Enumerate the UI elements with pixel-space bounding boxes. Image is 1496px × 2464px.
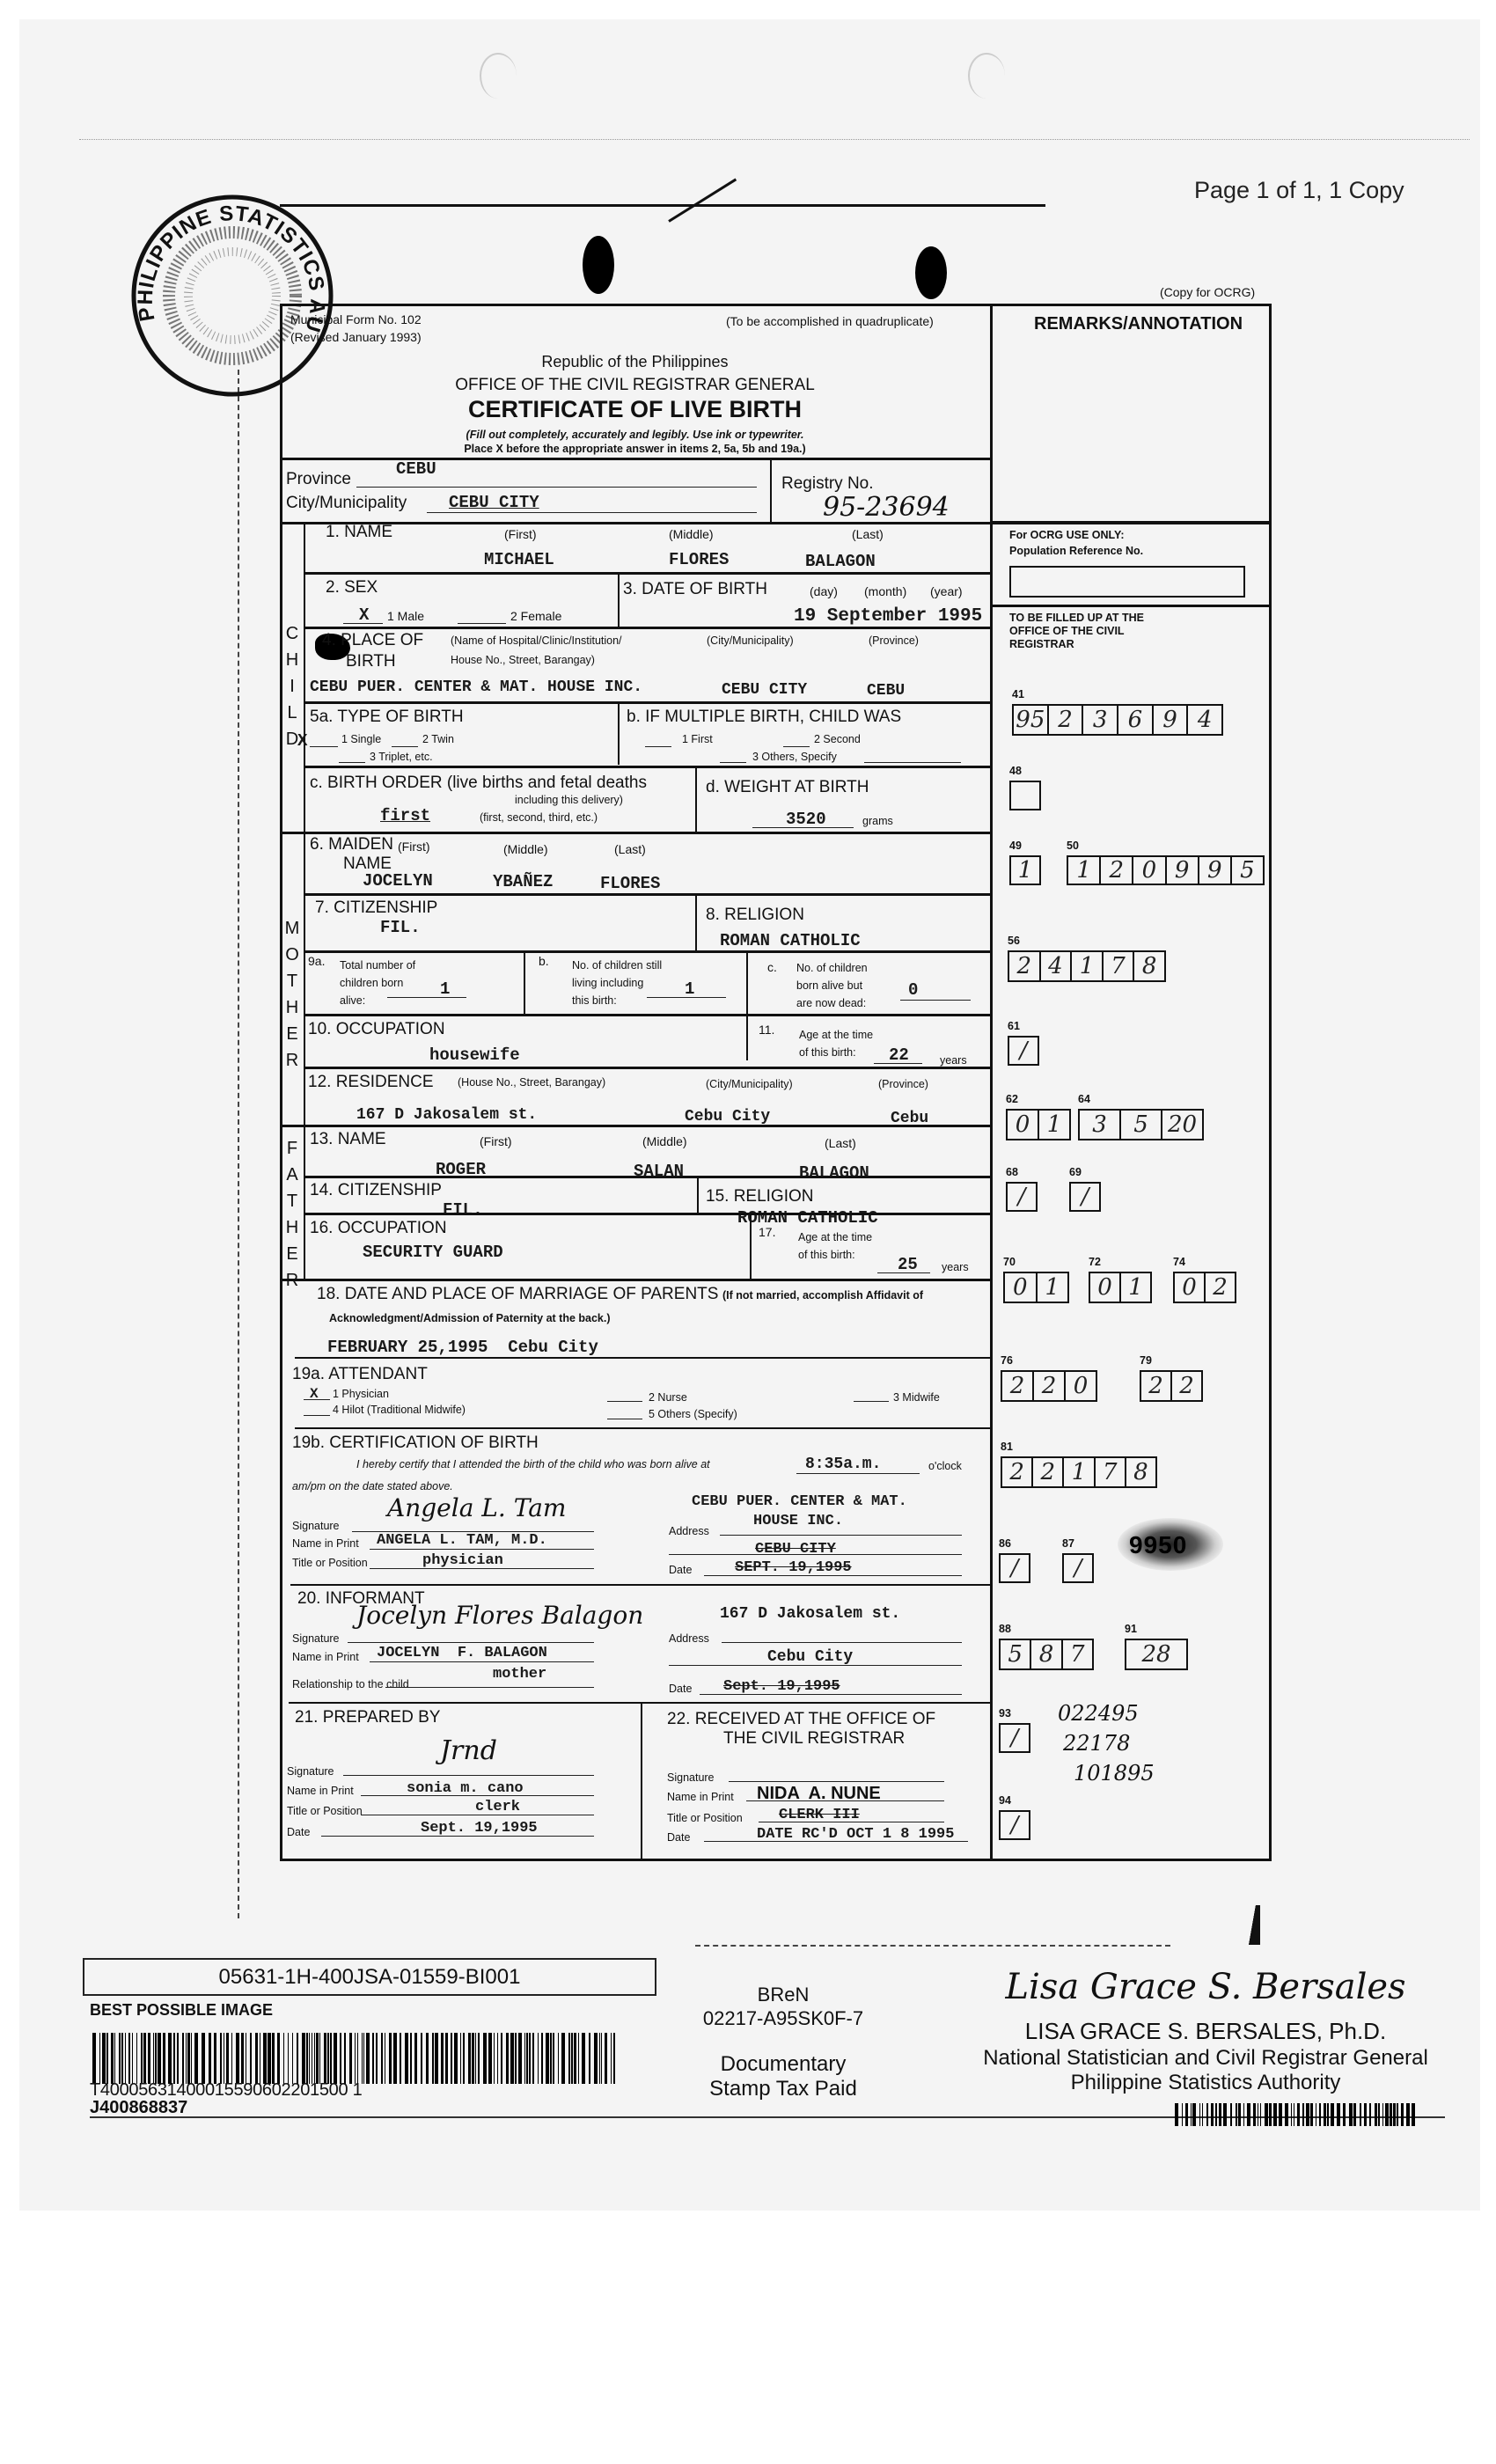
pob-label: 4. PLACE OF [322,632,423,649]
rule [304,627,990,629]
note-line: 22178 [1063,1728,1155,1758]
name-label: Name in Print [667,1792,734,1803]
child-name-label: 1. NAME [326,524,392,540]
weight-label: d. WEIGHT AT BIRTH [706,779,869,796]
ocrg-code-cell: 0 [1090,1273,1121,1302]
father-section-label: FATHER [283,1135,301,1294]
father-last-name: BALAGON [799,1165,869,1182]
ocrg-code-label: 49 [1009,840,1022,852]
rule [295,1427,990,1429]
ocrg-code-cell: 2 [1172,1372,1201,1400]
sex-male-mark: X [359,607,369,624]
physician-title: physician [422,1553,503,1568]
ocrg-code-box-62[interactable]: 01 [1006,1109,1071,1140]
informant-date: Sept. 19,1995 [723,1679,840,1694]
divider [695,766,697,832]
birth-type-label: 5a. TYPE OF BIRTH [310,708,464,725]
instructions-line-2: Place X before the appropriate answer in… [280,444,990,455]
sex-label: 2. SEX [326,579,378,596]
ocrg-code-box-88[interactable]: 587 [999,1639,1094,1670]
fill-up-label: TO BE FILLED UP AT THE [1009,612,1144,624]
father-citizenship-label: 14. CITIZENSHIP [310,1182,442,1199]
underline [356,487,757,488]
father-occupation-label: 16. OCCUPATION [310,1220,447,1236]
underline [361,1795,594,1796]
bren-number: 02217-A95SK0F-7 [678,2009,889,2028]
underline [877,1272,930,1273]
rule [304,572,990,575]
ocrg-code-box-93[interactable]: / [999,1723,1030,1753]
underline [348,1642,594,1643]
signature-label: Signature [292,1521,340,1532]
child-first-name: MICHAEL [484,552,554,568]
last-label: (Last) [614,843,646,855]
still-living-value: 1 [685,981,694,998]
ocrg-code-box-86[interactable]: / [999,1553,1030,1583]
address-label: Address [669,1633,709,1645]
ocrg-code-label: 76 [1001,1355,1013,1367]
ocrg-code-label: 87 [1062,1538,1074,1550]
prepared-title: clerk [475,1800,520,1815]
ocrg-code-cell: 3 [1083,706,1118,734]
received-date: DATE RC'D OCT 1 8 1995 [757,1827,954,1842]
underline [427,512,757,513]
attendant-physician: 1 Physician [333,1389,389,1400]
ocrg-code-cell [1011,782,1039,809]
father-religion-label: 15. RELIGION [706,1188,814,1205]
underline [392,746,418,747]
ocrg-code-box-68[interactable]: / [1006,1182,1038,1212]
ocrg-code-label: 68 [1006,1167,1018,1178]
ocrg-code-cell: / [1001,1812,1029,1838]
underline [310,746,338,747]
underline [304,1415,330,1416]
ocrg-code-box-91[interactable]: 28 [1125,1639,1188,1670]
title-label: Title or Position [667,1813,743,1824]
ocrg-code-label: 91 [1125,1624,1137,1635]
mother-age-unit: years [940,1055,967,1067]
mother-name-label: 6. MAIDEN [310,836,393,853]
birth-order-label-2: including this delivery) [515,795,623,806]
ocrg-code-box-49[interactable]: 1 [1009,855,1041,885]
handwritten-notes: 022495 22178 101895 [1058,1698,1155,1788]
date-label: Date [669,1565,692,1576]
signatory-signature: Lisa Grace S. Bersales [950,1969,1461,2005]
underline [854,1401,889,1402]
divider [618,701,620,765]
underline [304,1399,330,1400]
ocrg-code-cell: 7 [1104,952,1135,980]
underline [729,1781,944,1782]
certification-text: I hereby certify that I attended the bir… [356,1459,710,1470]
barcode-text: T40005631400015590602201500 1 [90,2081,362,2099]
ocrg-code-label: 93 [999,1708,1011,1720]
republic-line: Republic of the Philippines [280,354,990,370]
ocrg-code-cell: 5 [1232,857,1263,884]
oclock-label: o'clock [928,1461,962,1472]
remarks-title: REMARKS/ANNOTATION [1034,315,1243,333]
father-age-number: 17. [759,1226,775,1238]
rule [304,893,990,896]
ocrg-code-label: 64 [1078,1094,1090,1105]
ocrg-code-cell: 0 [1066,1372,1096,1400]
mother-age-number: 11. [759,1023,774,1036]
ocrg-code-label: 81 [1001,1441,1013,1453]
underline [321,1836,594,1837]
ocrg-code-cell: 4 [1041,952,1073,980]
name-label: Name in Print [292,1538,359,1550]
document-title: CERTIFICATE OF LIVE BIRTH [280,398,990,422]
registry-label: Registry No. [781,475,874,492]
divider [641,1702,642,1861]
underline [900,1000,971,1001]
mother-last-name: FLORES [600,876,660,892]
divider [695,893,697,953]
underline [370,1661,594,1662]
last-label: (Last) [852,528,884,540]
city-label: City/Municipality [286,495,407,511]
underline [759,1822,944,1822]
relationship-label: Relationship to the child [292,1679,409,1690]
divider [697,1176,699,1213]
rule [280,832,990,834]
scan-crop-mark [238,370,239,1918]
mother-first-name: JOCELYN [363,873,433,890]
dob-day-label: (day) [810,585,838,598]
rule [304,701,990,704]
title-label: Title or Position [292,1558,368,1569]
weight-value: 3520 [786,811,826,828]
rule [289,1702,990,1704]
birth-order-value: first [380,808,430,825]
mother-section-label: MOTHER [283,915,301,1074]
ink-blot [915,246,947,299]
underline [645,746,671,747]
ocrg-code-box-70[interactable]: 01 [1003,1272,1069,1303]
ocrg-code-box-79[interactable]: 22 [1140,1370,1203,1402]
ocrg-code-cell: 1 [1072,952,1104,980]
ocrg-code-cell: 2 [1002,1372,1034,1400]
birth-type-triplet: 3 Triplet, etc. [370,752,433,763]
ocrg-use-only: For OCRG USE ONLY: [1009,530,1125,541]
residence-hint: (House No., Street, Barangay) [458,1077,605,1089]
underline [669,1665,962,1666]
ocrg-code-box-74[interactable]: 02 [1173,1272,1236,1303]
underline [339,762,365,763]
ocrg-code-label: 94 [999,1795,1011,1807]
divider [746,950,748,1060]
barcode-text-2: J400868837 [90,2099,187,2116]
attendant-hilot: 4 Hilot (Traditional Midwife) [333,1404,466,1416]
mother-age-label: Age at the time of this birth: [799,1026,873,1061]
ocrg-code-box-61[interactable]: / [1008,1036,1039,1066]
underline [370,1568,594,1569]
ocrg-code-label: 86 [999,1538,1011,1550]
attendant-nurse: 2 Nurse [649,1392,687,1404]
still-living-label: No. of children still living including t… [572,957,662,1009]
pob-city: CEBU CITY [722,682,807,698]
name-label: Name in Print [287,1786,354,1797]
birth-type-mark: X [297,733,307,750]
dob-year-label: (year) [930,585,963,598]
ocrg-code-cell: 8 [1126,1458,1155,1486]
ocrg-code-label: 88 [999,1624,1011,1635]
form-revision: (Revised January 1993) [290,331,422,343]
weight-unit: grams [862,816,893,827]
multiple-first: 1 First [682,734,713,745]
ocrg-code-label: 72 [1089,1257,1101,1268]
signatory-title: National Statistician and Civil Registra… [950,2048,1461,2069]
ocrg-code-cell: 2 [1034,1372,1066,1400]
ocrg-code-cell: / [1001,1555,1029,1581]
ocrg-stamp-mark: 9950 [1129,1533,1187,1558]
received-name: NIDA A. NUNE [757,1785,881,1802]
rule [280,1125,990,1127]
underline [752,827,854,828]
birth-time: 8:35a.m. [805,1456,881,1472]
mother-occupation-label: 10. OCCUPATION [308,1021,445,1038]
residence-label: 12. RESIDENCE [308,1074,434,1090]
ocrg-code-label: 48 [1009,766,1022,777]
birth-type-single: 1 Single [341,734,381,745]
residence-street: 167 D Jakosalem st. [356,1107,537,1123]
mother-age: 22 [889,1047,909,1064]
ocrg-code-cell: 2 [1206,1273,1235,1302]
ocrg-code-cell: 5 [1121,1111,1162,1139]
pob-hospital-hint: (Name of Hospital/Clinic/Institution/ [451,635,622,647]
underline [783,746,810,747]
mother-middle-name: YBAÑEZ [493,874,553,891]
rule [990,521,1272,524]
certification-date: SEPT. 19,1995 [735,1560,852,1575]
last-label: (Last) [825,1137,856,1149]
pob-province: CEBU [867,683,905,699]
ocrg-code-cell: 1 [1121,1273,1150,1302]
mother-name-label-2: NAME [343,855,392,872]
multiple-birth-label: b. IF MULTIPLE BIRTH, CHILD WAS [627,708,901,725]
attendant-midwife: 3 Midwife [893,1392,940,1404]
marriage-note-2: Acknowledgment/Admission of Paternity at… [329,1313,611,1324]
pob-province-hint: (Province) [869,635,919,647]
signatory-org: Philippine Statistics Authority [950,2072,1461,2094]
fill-up-label-3: REGISTRAR [1009,639,1074,650]
ocrg-code-box-48[interactable] [1009,781,1041,810]
ocrg-code-cell: 7 [1063,1640,1092,1668]
ocrg-code-cell: 4 [1188,706,1221,734]
ocrg-code-cell: 6 [1118,706,1154,734]
prepared-signature: Jrnd [440,1738,497,1764]
ocrg-code-box-81[interactable]: 22178 [1001,1456,1157,1488]
now-dead-label: No. of children born alive but are now d… [796,959,868,1012]
ocrg-code-cell: 0 [1175,1273,1206,1302]
ocrg-code-box-56[interactable]: 24178 [1008,950,1166,982]
rule [990,605,1272,607]
underline [720,762,746,763]
underline [458,623,506,624]
ocrg-code-label: 70 [1003,1257,1016,1268]
rule [304,1213,990,1215]
ocrg-code-cell: 95 [1014,706,1049,734]
underline [385,1687,594,1688]
dob-label: 3. DATE OF BIRTH [623,581,767,598]
signature-label: Signature [667,1772,715,1784]
dob-month-label: (month) [864,585,906,598]
underline [704,1841,968,1842]
underline [343,623,383,624]
quadruplicate-note: (To be accomplished in quadruplicate) [726,315,934,327]
ocrg-code-box-94[interactable]: / [999,1810,1030,1840]
province-value: CEBU [396,461,436,478]
punch-hole [968,53,1005,99]
fill-up-label-2: OFFICE OF THE CIVIL [1009,626,1125,637]
pob-label-2: BIRTH [346,653,396,670]
divider [618,572,620,627]
received-label-2: THE CIVIL REGISTRAR [723,1730,905,1747]
certification-address-1: CEBU PUER. CENTER & MAT. [692,1494,907,1509]
ocrg-code-cell: 0 [1133,857,1166,884]
ocrg-code-box-64[interactable]: 3520 [1078,1109,1204,1140]
ocrg-code-cell: 2 [1049,706,1084,734]
ocrg-code-cell: / [1001,1725,1029,1751]
note-line: 101895 [1074,1758,1155,1788]
rule [304,1067,990,1069]
ocrg-code-cell: / [1064,1555,1092,1581]
marriage-value: FEBRUARY 25,1995 Cebu City [327,1339,598,1356]
mother-citizenship-label: 7. CITIZENSHIP [315,899,437,916]
father-age-unit: years [942,1262,969,1273]
birth-order-hint: (first, second, third, etc.) [480,812,598,824]
first-label: (First) [480,1135,512,1148]
section-gutter [304,522,305,1279]
scan-border-top [79,139,1470,140]
informant-signature: Jocelyn Flores Balagon [356,1603,643,1628]
control-number-box: 05631-1H-400JSA-01559-BI001 [83,1958,656,1996]
punch-hole [480,53,517,99]
sex-female-option: 2 Female [510,610,561,622]
multiple-second: 2 Second [814,734,861,745]
ocrg-code-cell: 2 [1141,1372,1172,1400]
birth-type-twin: 2 Twin [422,734,454,745]
underline [746,1800,944,1801]
form-number: Municipal Form No. 102 [290,313,422,326]
best-possible-image-label: BEST POSSIBLE IMAGE [90,2002,273,2018]
certification-address-2: HOUSE INC. [753,1514,843,1529]
ocrg-code-cell: 5 [1001,1640,1031,1668]
ocrg-code-cell: 3 [1080,1111,1121,1139]
ocrg-code-cell: 20 [1162,1111,1202,1139]
ocrg-code-label: 69 [1069,1167,1082,1178]
born-alive-number: 9a. [308,955,325,967]
mother-religion-label: 8. RELIGION [706,906,804,923]
ocrg-code-box-69[interactable]: / [1069,1182,1101,1212]
population-reference-field[interactable] [1009,566,1245,598]
underline [704,1575,962,1576]
divider [770,458,772,524]
middle-label: (Middle) [669,528,714,540]
province-label: Province [286,471,351,488]
ocrg-code-box-41[interactable]: 9523694 [1012,704,1223,736]
underline [722,1642,962,1643]
ocrg-code-box-72[interactable]: 01 [1089,1272,1152,1303]
ocrg-code-cell: 9 [1154,706,1189,734]
middle-label: (Middle) [642,1135,687,1148]
date-label: Date [287,1827,310,1838]
ocrg-code-box-76[interactable]: 220 [1001,1370,1097,1402]
still-living-number: b. [539,955,549,967]
signatory-name: LISA GRACE S. BERSALES, Ph.D. [950,2020,1461,2042]
ocrg-code-cell: / [1009,1038,1038,1064]
rule [290,1584,990,1586]
sex-male-option: 1 Male [387,610,424,622]
ocrg-code-box-87[interactable]: / [1062,1553,1094,1583]
underline [607,1419,642,1419]
ocrg-code-cell: 0 [1005,1273,1038,1302]
underline [796,1473,920,1474]
ocrg-code-box-50[interactable]: 120995 [1067,855,1265,885]
signature-label: Signature [292,1633,340,1645]
bren-label: BReN [678,1985,889,2005]
ocrg-code-cell: 1 [1068,857,1101,884]
ocrg-code-cell: 0 [1008,1111,1039,1139]
physician-name: ANGELA L. TAM, M.D. [377,1533,547,1548]
now-dead-number: c. [767,961,777,973]
marriage-note: (If not married, accomplish Affidavit of [722,1290,923,1302]
certification-label: 19b. CERTIFICATION OF BIRTH [292,1434,539,1451]
informant-address-2: Cebu City [767,1649,853,1665]
ocrg-code-label: 61 [1008,1021,1020,1032]
marriage-label: 18. DATE AND PLACE OF MARRIAGE OF PARENT… [317,1286,718,1302]
ocrg-code-cell: 2 [1101,857,1133,884]
ocrg-code-cell: 7 [1096,1458,1126,1486]
column-divider [990,304,993,1861]
father-age: 25 [898,1257,918,1273]
form-top-rule [280,204,1045,207]
multiple-others: 3 Others, Specify [752,752,837,763]
instructions-line-1: (Fill out completely, accurately and leg… [280,429,990,441]
ocrg-code-cell: 2 [1002,1458,1033,1486]
informant-name: JOCELYN F. BALAGON [377,1646,547,1661]
ocrg-code-cell: 8 [1031,1640,1062,1668]
informant-relationship: mother [493,1667,546,1682]
underline [864,762,961,763]
received-title: CLERK III [779,1808,860,1822]
attendant-others: 5 Others (Specify) [649,1409,737,1420]
prepared-by-label: 21. PREPARED BY [295,1709,440,1726]
ocrg-code-cell: 1 [1039,1111,1069,1139]
barcode-icon [92,2033,616,2084]
father-age-label: Age at the time of this birth: [798,1228,872,1264]
received-label: 22. RECEIVED AT THE OFFICE OF [667,1711,935,1727]
father-occupation: SECURITY GUARD [363,1244,503,1261]
underline [669,1554,962,1555]
underline [874,1063,922,1064]
registry-number: 95-23694 [823,495,950,521]
father-citizenship: FIL. [443,1202,483,1219]
title-label: Title or Position [287,1806,363,1817]
first-label: (First) [398,840,430,853]
ocrg-code-label: 56 [1008,935,1020,947]
prepared-name: sonia m. cano [407,1781,524,1796]
signature-label: Signature [287,1766,334,1778]
pob-hospital: CEBU PUER. CENTER & MAT. HOUSE INC. [310,679,642,695]
underline [370,1549,594,1550]
child-middle-name: FLORES [669,552,729,568]
ink-blot [583,236,614,294]
prepared-date: Sept. 19,1995 [421,1821,538,1836]
underline [361,1815,594,1815]
pob-city-hint: (City/Municipality) [707,635,794,647]
city-value: CEBU CITY [449,495,539,511]
